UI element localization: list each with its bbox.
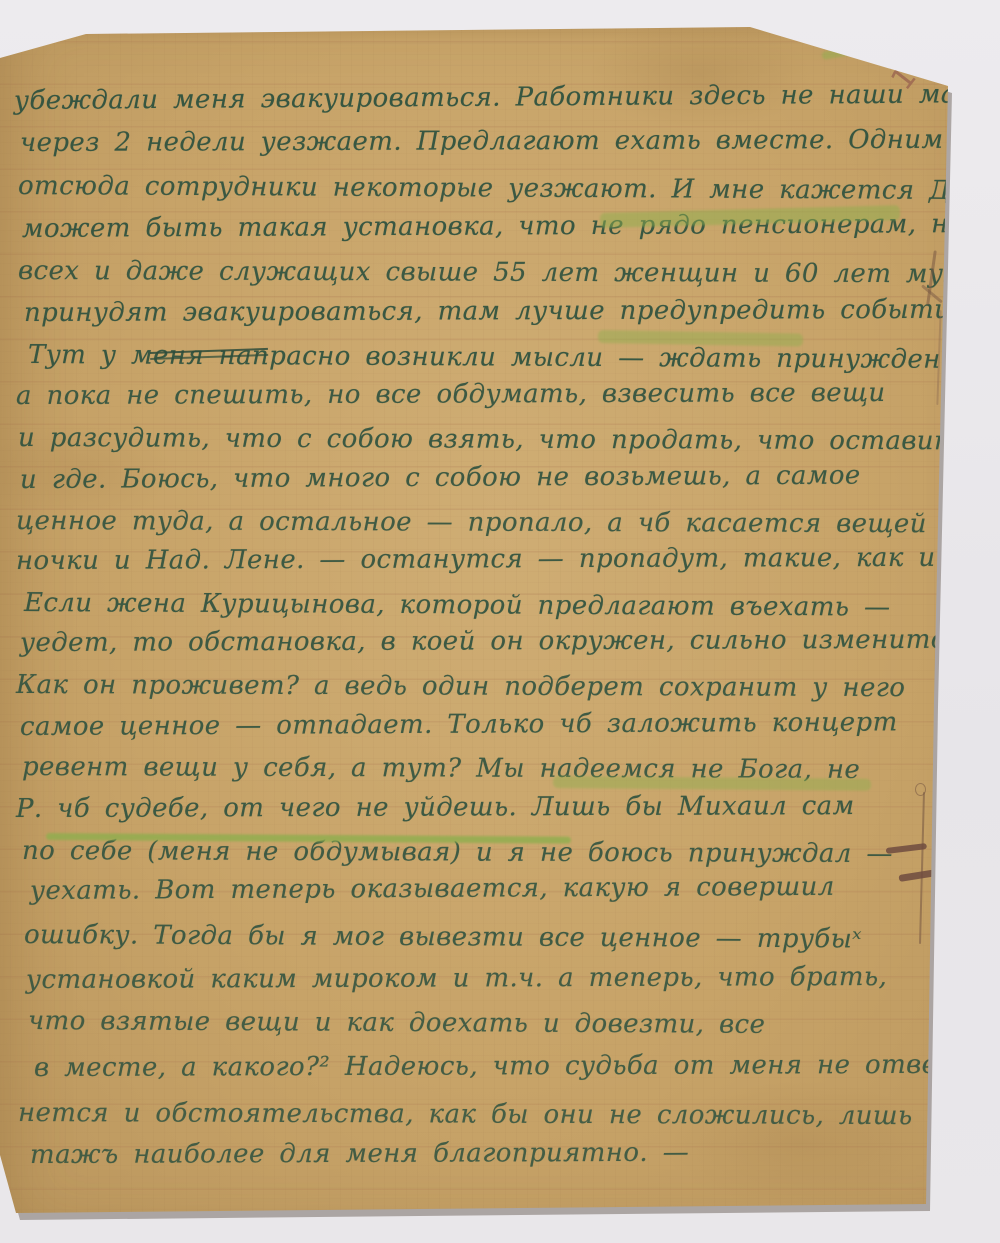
pencil-mark [919, 792, 925, 944]
manuscript-line: ночки и Над. Лене. — останутся — пропаду… [16, 545, 1000, 574]
manuscript-line: и где. Боюсь, что много с собою не возьм… [20, 463, 861, 493]
manuscript-line: установкой каким мироком и т.ч. а теперь… [26, 964, 887, 993]
manuscript-line: и разсудить, что с собою взять, что прод… [18, 425, 974, 454]
manuscript-line: а пока не спешить, но все обдумать, взве… [16, 380, 886, 409]
manuscript-line: через 2 недели уезжает. Предлагают ехать… [20, 126, 1000, 156]
manuscript-line: ошибку. Тогда бы я мог вывезти все ценно… [24, 922, 862, 952]
manuscript-line: нется и обстоятельства, как бы они не сл… [18, 1100, 965, 1129]
manuscript-line: Тут у меня напрасно возникли мысли — жда… [28, 342, 984, 373]
manuscript-line: ценное туда, а остальное — пропало, а чб… [16, 508, 990, 537]
manuscript-page: убеждали меня эвакуироваться. Работники … [0, 0, 1000, 1243]
pencil-mark [857, 15, 891, 40]
manuscript-line: тажъ наиболее для меня благоприятно. — [30, 1140, 689, 1168]
manuscript-line: принудят эвакуироваться, там лучше преду… [24, 297, 978, 326]
manuscript-line: Р. чб судебе, от чего не уйдешь. Лишь бы… [16, 793, 855, 822]
manuscript-line: что взятые вещи и как доехать и довезти,… [28, 1008, 765, 1038]
manuscript-line: Как он проживет? а ведь один подберет со… [16, 672, 905, 701]
manuscript-line: убеждали меня эвакуироваться. Работники … [14, 80, 1000, 114]
green-highlight-mark [821, 45, 860, 59]
pencil-loop-mark [915, 783, 926, 796]
photo-background: убеждали меня эвакуироваться. Работники … [0, 0, 1000, 1243]
pencil-mark [846, 46, 902, 66]
manuscript-line: всех и даже служащих свыше 55 лет женщин… [18, 258, 1000, 288]
manuscript-line: самое ценное — отпадает. Только чб залож… [20, 709, 898, 740]
manuscript-line: в месте, а какого?² Надеюсь, что судьба … [34, 1052, 964, 1081]
pencil-mark [838, 32, 885, 58]
manuscript-line: уехать. Вот теперь оказывается, какую я … [30, 874, 835, 904]
green-highlight-mark [553, 776, 871, 791]
manuscript-line: Если жена Курицынова, которой предлагают… [24, 590, 891, 621]
manuscript-line: уедет, то обстановка, в коей он окружен,… [20, 627, 972, 656]
manuscript-line: отсюда сотрудники некоторые уезжают. И м… [18, 173, 1000, 204]
